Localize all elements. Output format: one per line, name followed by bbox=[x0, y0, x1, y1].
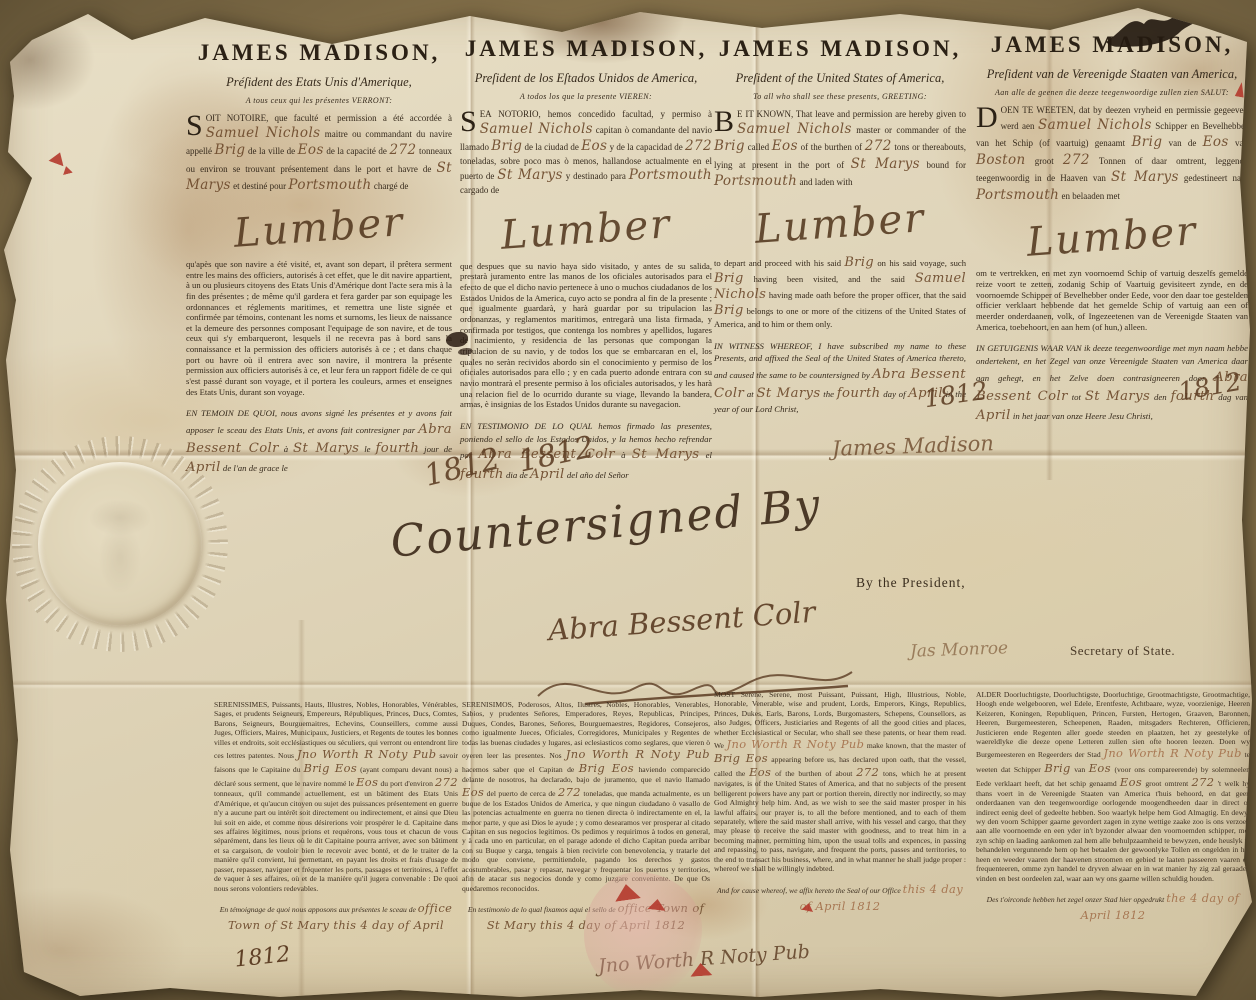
column-salutation: Aan alle de geenen die deeze teegenwoord… bbox=[976, 88, 1248, 97]
drop-cap: S bbox=[186, 113, 206, 139]
handwritten-entry: Brig bbox=[714, 138, 745, 154]
column-title: JAMES MADISON, bbox=[186, 40, 452, 66]
lower-body-paragraph: SERENISSIMES, Puissants, Hauts, Illustre… bbox=[214, 700, 458, 893]
handwritten-entry: Eos bbox=[462, 785, 484, 799]
handwritten-entry: Samuel Nichols bbox=[480, 121, 593, 137]
handwritten-entry: 272 bbox=[435, 775, 458, 789]
handwritten-entry: fourth bbox=[375, 441, 419, 456]
printed-text: tot bbox=[1068, 392, 1085, 402]
printed-text: tonneaux, qu'il commande actuellement, e… bbox=[214, 789, 458, 892]
printed-text: groot bbox=[1026, 156, 1063, 166]
handwritten-entry: Portsmouth bbox=[976, 187, 1059, 203]
printed-text: belongs to one or more of the citizens o… bbox=[714, 306, 966, 329]
handwritten-entry: Brig bbox=[1131, 134, 1162, 150]
lower-body-paragraph: SERENISIMOS, Poderosos, Altos, Ilustres,… bbox=[462, 700, 710, 893]
opening-paragraph: SOIT NOTOIRE, que faculté et permission … bbox=[186, 113, 452, 195]
handwritten-entry: Jno Worth R Noty Pub bbox=[1103, 746, 1241, 760]
column-dutch: JAMES MADISON, Preſident van de Vereenig… bbox=[976, 32, 1248, 425]
drop-cap: B bbox=[714, 109, 737, 135]
printed-text: y destinado para bbox=[563, 171, 629, 181]
cargo-entry: Lumber bbox=[713, 192, 968, 255]
column-title: JAMES MADISON, bbox=[714, 36, 966, 62]
secretary-signature: Jas Monroe bbox=[910, 638, 1009, 661]
handwritten-entry: St Marys bbox=[1085, 389, 1150, 404]
printed-text: called bbox=[745, 142, 772, 152]
opening-text: E IT KNOWN, That leave and permission ar… bbox=[714, 109, 966, 187]
handwritten-entry: April bbox=[976, 408, 1011, 423]
handwritten-entry: 272 bbox=[685, 138, 712, 154]
printed-text: make known, that the master of bbox=[864, 741, 966, 750]
printed-text: du port d'environ bbox=[378, 779, 435, 788]
printed-text: om te vertrekken, en met zyn voornoemd S… bbox=[976, 268, 1248, 331]
handwritten-entry: Portsmouth bbox=[288, 177, 371, 193]
printed-text: del año del Señor bbox=[565, 470, 629, 480]
drop-cap: S bbox=[460, 109, 480, 135]
printed-text: the bbox=[821, 389, 837, 399]
handwritten-entry: Eos bbox=[581, 138, 607, 154]
column-spanish: JAMES MADISON, Preſident de los Eſtados … bbox=[460, 36, 712, 484]
handwritten-entry: Boston bbox=[976, 152, 1026, 168]
handwritten-entry: Brig bbox=[1044, 761, 1070, 775]
body-paragraph: que despues que su navio haya sido visit… bbox=[460, 261, 712, 410]
printed-text: EA NOTORIO, hemos concedido facultad, y … bbox=[480, 109, 712, 119]
handwritten-entry: St Marys bbox=[293, 441, 359, 456]
printed-text: del puerto de cerca de bbox=[484, 789, 558, 798]
handwritten-entry: St Marys bbox=[756, 386, 820, 401]
handwritten-entry: Samuel Nichols bbox=[1038, 117, 1152, 133]
handwritten-entry: Eos bbox=[1120, 775, 1142, 789]
seal-clause: And for cause whereof, we affix hereto t… bbox=[714, 881, 966, 915]
handwritten-entry: Brig Eos bbox=[303, 761, 357, 775]
printed-text: van bbox=[1229, 138, 1248, 148]
handwritten-entry: St Marys bbox=[497, 167, 563, 183]
printed-text: y de la capacidad de bbox=[607, 142, 685, 152]
printed-text: el bbox=[699, 450, 712, 460]
printed-text: bound for bbox=[920, 160, 966, 170]
column-french: JAMES MADISON, Préſident des Etats Unis … bbox=[186, 40, 452, 478]
cargo-entry: Lumber bbox=[459, 198, 714, 261]
printed-text: having made oath before the proper offic… bbox=[766, 290, 966, 300]
column-subtitle: Préſident des Etats Unis d'Amerique, bbox=[186, 75, 452, 90]
printed-text: En témoignage de quoi nous apposons aux … bbox=[220, 905, 418, 914]
handwritten-entry: 272 bbox=[865, 138, 892, 154]
handwritten-entry: Eos bbox=[1089, 761, 1111, 775]
printed-text: day of bbox=[881, 389, 909, 399]
seal-disc bbox=[38, 462, 202, 626]
handwritten-entry: Eos bbox=[772, 138, 798, 154]
printed-text: at bbox=[744, 389, 756, 399]
printed-text: And for cause whereof, we affix hereto t… bbox=[717, 886, 903, 895]
printed-text: groot omtrent bbox=[1142, 779, 1191, 788]
cargo-entry: Lumber bbox=[185, 196, 454, 260]
eagle-emblem bbox=[38, 462, 202, 626]
printed-text: master or commander of the bbox=[852, 125, 966, 135]
column-subtitle: Preſident de los Eſtados Unidos de Ameri… bbox=[460, 71, 712, 86]
handwritten-entry: Eos bbox=[356, 775, 378, 789]
lower-body-paragraph: MOST Serene, Serene, most Puissant, Puis… bbox=[714, 690, 966, 874]
ink-blot bbox=[1100, 2, 1220, 62]
column-salutation: To all who shall see these presents, GRE… bbox=[714, 92, 966, 101]
column-subtitle: Preſident of the United States of Americ… bbox=[714, 71, 966, 86]
witness-paragraph: EN TEMOIN DE QUOI, nous avons signé les … bbox=[186, 407, 452, 477]
printed-text: E IT KNOWN, That leave and permission ar… bbox=[737, 109, 966, 119]
printed-text: que despues que su navio haya sido visit… bbox=[460, 261, 712, 410]
printed-text: à bbox=[615, 450, 632, 460]
printed-text: in het jaar van onze Heere Jesu Christi, bbox=[1011, 411, 1153, 421]
printed-text: chargé de bbox=[372, 181, 409, 191]
printed-text: of the burthen of bbox=[798, 142, 865, 152]
printed-text: cargado de bbox=[460, 185, 499, 195]
cargo-entry: Lumber bbox=[975, 205, 1250, 270]
handwritten-entry: Eos bbox=[749, 765, 771, 779]
body-paragraph: om te vertrekken, en met zyn voornoemd S… bbox=[976, 268, 1248, 332]
printed-text: de la capacité de bbox=[324, 146, 390, 156]
secretary-of-state-label: Secretary of State. bbox=[1070, 643, 1175, 659]
handwritten-entry: Jno Worth R Noty Pub bbox=[297, 747, 436, 761]
handwritten-entry: Brig bbox=[215, 142, 246, 158]
handwritten-entry: Brig bbox=[714, 271, 744, 286]
printed-text: of the burthen of about bbox=[771, 769, 856, 778]
column-subtitle: Preſident van de Vereenigde Staaten van … bbox=[976, 67, 1248, 82]
body-paragraph: to depart and proceed with his said Brig… bbox=[714, 255, 966, 330]
handwritten-entry: Eos bbox=[1203, 134, 1229, 150]
handwritten-entry: Brig Eos bbox=[579, 761, 634, 775]
handwritten-entry: St Marys bbox=[851, 156, 920, 172]
printed-text: on his said voyage, such bbox=[874, 258, 966, 268]
lower-body-paragraph: ALDER Doorluchtigste, Doorluchtigste, Do… bbox=[976, 690, 1250, 883]
handwritten-entry: fourth bbox=[837, 386, 881, 401]
handwritten-entry: St Marys bbox=[1111, 169, 1179, 185]
seal-clause: Des t'oirconde hebben het zegel onzer St… bbox=[976, 890, 1250, 924]
printed-text: EN TEMOIN DE QUOI, nous avons signé les … bbox=[186, 408, 452, 435]
document-photo: JAMES MADISON, Préſident des Etats Unis … bbox=[0, 0, 1256, 1000]
handwritten-entry: Portsmouth bbox=[629, 167, 712, 183]
lower-column-english: MOST Serene, Serene, most Puissant, Puis… bbox=[714, 690, 966, 915]
handwritten-entry: Brig bbox=[844, 255, 874, 270]
by-the-president-label: By the President, bbox=[856, 575, 966, 591]
printed-text: Des t'oirconde hebben het zegel onzer St… bbox=[987, 895, 1167, 904]
printed-text: en belaaden met bbox=[1059, 191, 1120, 201]
printed-text: van de bbox=[1162, 138, 1202, 148]
handwritten-entry: Portsmouth bbox=[714, 173, 797, 189]
printed-text: toneladas, que manda actualmente, es un … bbox=[462, 789, 710, 893]
printed-text: and laden with bbox=[797, 177, 852, 187]
handwritten-entry: 272 bbox=[856, 765, 879, 779]
printed-text: tons, which he at present navigates, is … bbox=[714, 769, 966, 873]
printed-text: to depart and proceed with his said bbox=[714, 258, 844, 268]
printed-text: OIT NOTOIRE, que faculté et permission a… bbox=[206, 113, 452, 123]
lower-column-french: SERENISSIMES, Puissants, Hauts, Illustre… bbox=[214, 700, 458, 961]
handwritten-entry: Samuel Nichols bbox=[206, 125, 321, 141]
printed-text: le bbox=[359, 444, 375, 454]
opening-paragraph: BE IT KNOWN, That leave and permission a… bbox=[714, 109, 966, 191]
paper-wrap: JAMES MADISON, Préſident des Etats Unis … bbox=[0, 0, 1256, 1000]
drop-cap: D bbox=[976, 105, 1001, 131]
handwritten-entry: Brig Eos bbox=[714, 751, 768, 765]
column-salutation: A tous ceux qui les présentes VERRONT: bbox=[186, 96, 452, 105]
handwritten-entry: 272 bbox=[558, 785, 581, 799]
handwritten-entry: Jno Worth R Noty Pub bbox=[566, 747, 710, 761]
opening-text: OEN TE WEETEN, dat by deezen vryheid en … bbox=[976, 105, 1248, 201]
printed-text: de l'an de grace le bbox=[221, 463, 288, 473]
handwritten-entry: Brig bbox=[714, 303, 744, 318]
handwritten-entry: 272 bbox=[1192, 775, 1215, 789]
printed-text: hacemos saber que el Capitan de bbox=[462, 765, 579, 774]
handwritten-entry: 272 bbox=[389, 142, 416, 158]
printed-text: having been visited, and the said bbox=[744, 274, 915, 284]
opening-text: EA NOTORIO, hemos concedido facultad, y … bbox=[460, 109, 712, 195]
printed-text: de la ville de bbox=[245, 146, 297, 156]
handwritten-entry: Samuel Nichols bbox=[737, 121, 852, 137]
column-title: JAMES MADISON, bbox=[460, 36, 712, 62]
lower-column-dutch: ALDER Doorluchtigste, Doorluchtigste, Do… bbox=[976, 690, 1250, 924]
handwritten-entry: April bbox=[186, 460, 221, 475]
opening-paragraph: SEA NOTORIO, hemos concedido facultad, y… bbox=[460, 109, 712, 197]
handwritten-entry: Jno Worth R Noty Pub bbox=[727, 737, 865, 751]
opening-paragraph: DOEN TE WEETEN, dat by deezen vryheid en… bbox=[976, 105, 1248, 204]
opening-text: OIT NOTOIRE, que faculté et permission a… bbox=[186, 113, 452, 191]
printed-text: gedestineert naar bbox=[1179, 173, 1248, 183]
handwritten-entry: Eos bbox=[298, 142, 324, 158]
column-salutation: A todos los que la presente VIEREN: bbox=[460, 92, 712, 101]
handwritten-entry: St Marys bbox=[632, 447, 700, 462]
printed-text: den bbox=[1150, 392, 1170, 402]
printed-text: à bbox=[279, 444, 293, 454]
sea-letter-paper: JAMES MADISON, Préſident des Etats Unis … bbox=[0, 0, 1256, 1000]
printed-text: 't welk hy thans voert in de Vereenigde … bbox=[976, 779, 1250, 883]
handwritten-entry: 272 bbox=[1063, 152, 1090, 168]
column-english: JAMES MADISON, Preſident of the United S… bbox=[714, 36, 966, 416]
printed-text: qu'apès que son navire a été visité, et,… bbox=[186, 259, 452, 397]
printed-text: et destiné pour bbox=[231, 181, 289, 191]
handwritten-entry: Brig bbox=[491, 138, 522, 154]
body-paragraph: qu'apès que son navire a été visité, et,… bbox=[186, 259, 452, 398]
printed-text: van bbox=[1071, 765, 1089, 774]
printed-text: de la ciudad de bbox=[522, 142, 581, 152]
